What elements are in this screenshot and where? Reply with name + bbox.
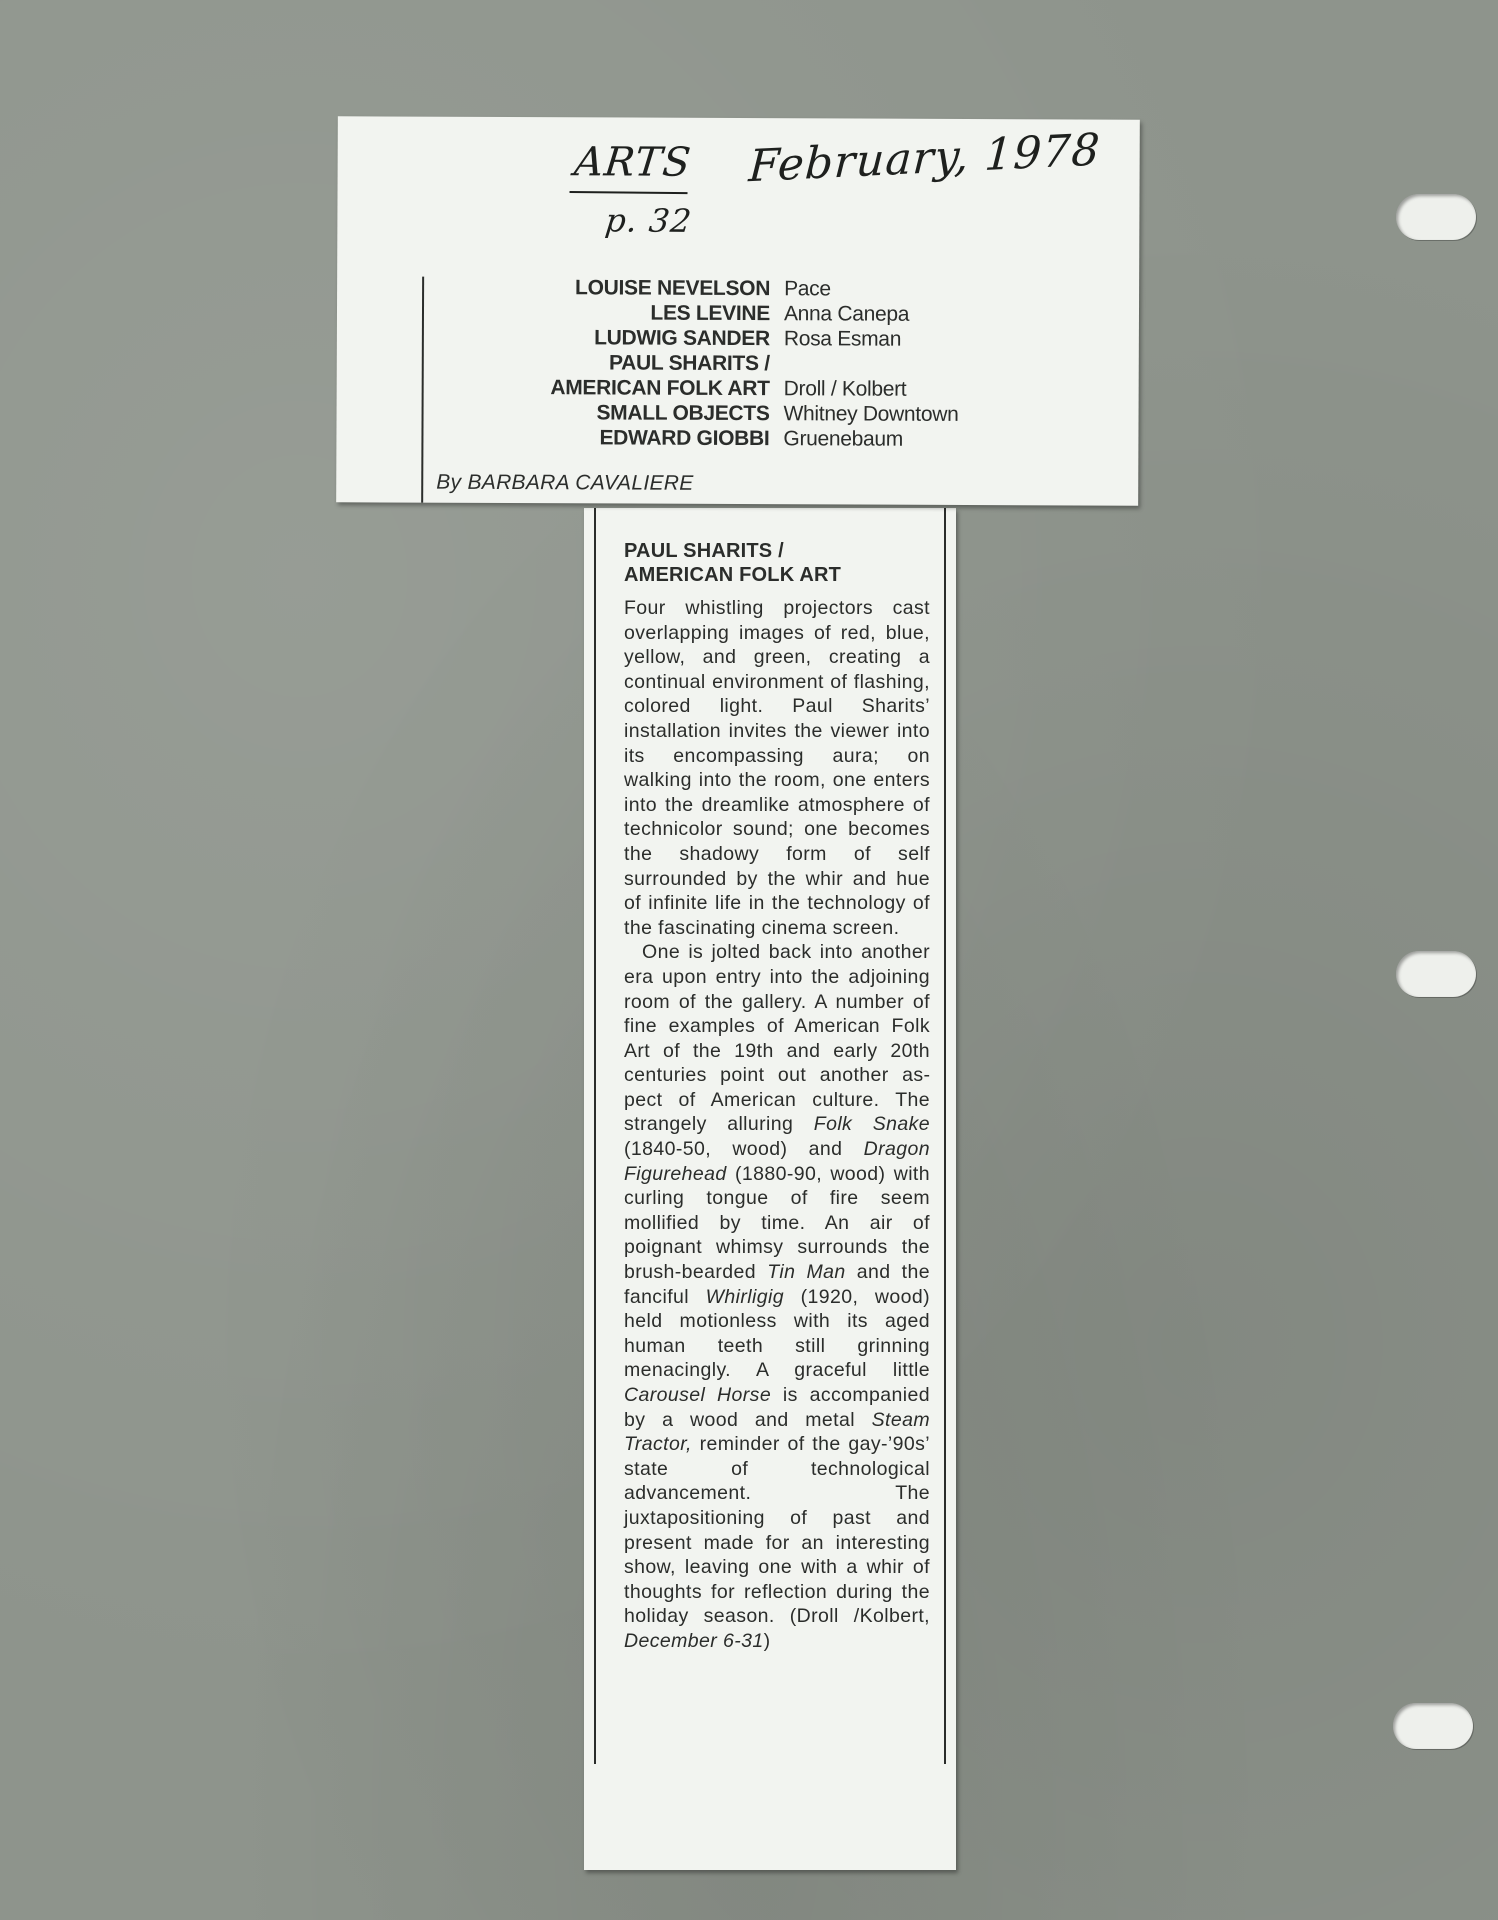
contents-artist: LES LEVINE: [437, 300, 784, 327]
contents-list: LOUISE NEVELSON Pace LES LEVINE Anna Can…: [436, 275, 1037, 453]
text-run: (1840-50, wood) and: [624, 1138, 864, 1160]
article-title-line-2: AMERICAN FOLK ART: [624, 563, 930, 587]
article-title: PAUL SHARITS / AMERICAN FOLK ART: [624, 539, 930, 587]
artwork-title-whirligig: Whirligig: [706, 1286, 784, 1308]
contents-entry: LOUISE NEVELSON Pace: [437, 275, 1037, 303]
contents-gallery: Droll / Kolbert: [784, 376, 1037, 402]
contents-gallery: Rosa Esman: [784, 326, 1037, 352]
contents-gallery: Gruenebaum: [783, 426, 1036, 452]
contents-gallery: Whitney Downtown: [783, 401, 1036, 427]
contents-artist: SMALL OBJECTS: [437, 400, 784, 427]
handwritten-page-number: p. 32: [603, 201, 694, 239]
article-paragraph-2: One is jolted back into another era upon…: [624, 940, 930, 1653]
text-run: reminder of the gay-’90s’ state of techn…: [624, 1433, 930, 1627]
contents-gallery: Anna Canepa: [784, 301, 1037, 327]
article-paragraph-1: Four whistling projectors cast overlappi…: [624, 596, 930, 940]
binder-hole-bottom: [1393, 1703, 1473, 1749]
contents-artist: PAUL SHARITS /: [437, 350, 784, 377]
exhibition-dates: December 6-31: [624, 1630, 764, 1652]
artwork-title-folk-snake: Folk Snake: [814, 1113, 930, 1135]
handwritten-underline: [570, 191, 688, 194]
column-rule-left: [594, 508, 596, 1764]
contents-entry: PAUL SHARITS /: [437, 350, 1037, 378]
contents-entry: LUDWIG SANDER Rosa Esman: [437, 325, 1037, 353]
contents-artist: LOUISE NEVELSON: [437, 275, 784, 302]
article-column-clipping: PAUL SHARITS / AMERICAN FOLK ART Four wh…: [584, 508, 956, 1870]
contents-artist: AMERICAN FOLK ART: [437, 375, 784, 402]
contents-gallery: [784, 351, 1037, 377]
contents-rule: [421, 277, 424, 503]
artwork-title-tin-man: Tin Man: [767, 1261, 845, 1283]
handwritten-date: February, 1978: [747, 124, 1101, 192]
handwritten-publication: ARTS: [572, 139, 693, 185]
binder-hole-top: [1396, 194, 1476, 240]
contents-entry: SMALL OBJECTS Whitney Downtown: [437, 400, 1037, 428]
artwork-title-carousel-horse: Carousel Horse: [624, 1384, 771, 1406]
article-title-line-1: PAUL SHARITS /: [624, 539, 930, 563]
contents-entry: LES LEVINE Anna Canepa: [437, 300, 1037, 328]
byline: By BARBARA CAVALIERE: [436, 471, 693, 496]
header-clipping: ARTS February, 1978 p. 32 LOUISE NEVELSO…: [336, 116, 1140, 505]
text-run: ): [764, 1630, 771, 1652]
binder-hole-middle: [1396, 951, 1476, 997]
contents-artist: EDWARD GIOBBI: [436, 425, 783, 452]
contents-artist: LUDWIG SANDER: [437, 325, 784, 352]
article: PAUL SHARITS / AMERICAN FOLK ART Four wh…: [624, 539, 930, 1654]
contents-entry: AMERICAN FOLK ART Droll / Kolbert: [437, 375, 1037, 403]
contents-gallery: Pace: [784, 276, 1037, 302]
text-run: One is jolted back into another era upon…: [624, 941, 930, 1135]
article-body: Four whistling projectors cast overlappi…: [624, 596, 930, 1654]
column-rule-right: [944, 508, 946, 1764]
contents-entry: EDWARD GIOBBI Gruenebaum: [436, 425, 1036, 453]
